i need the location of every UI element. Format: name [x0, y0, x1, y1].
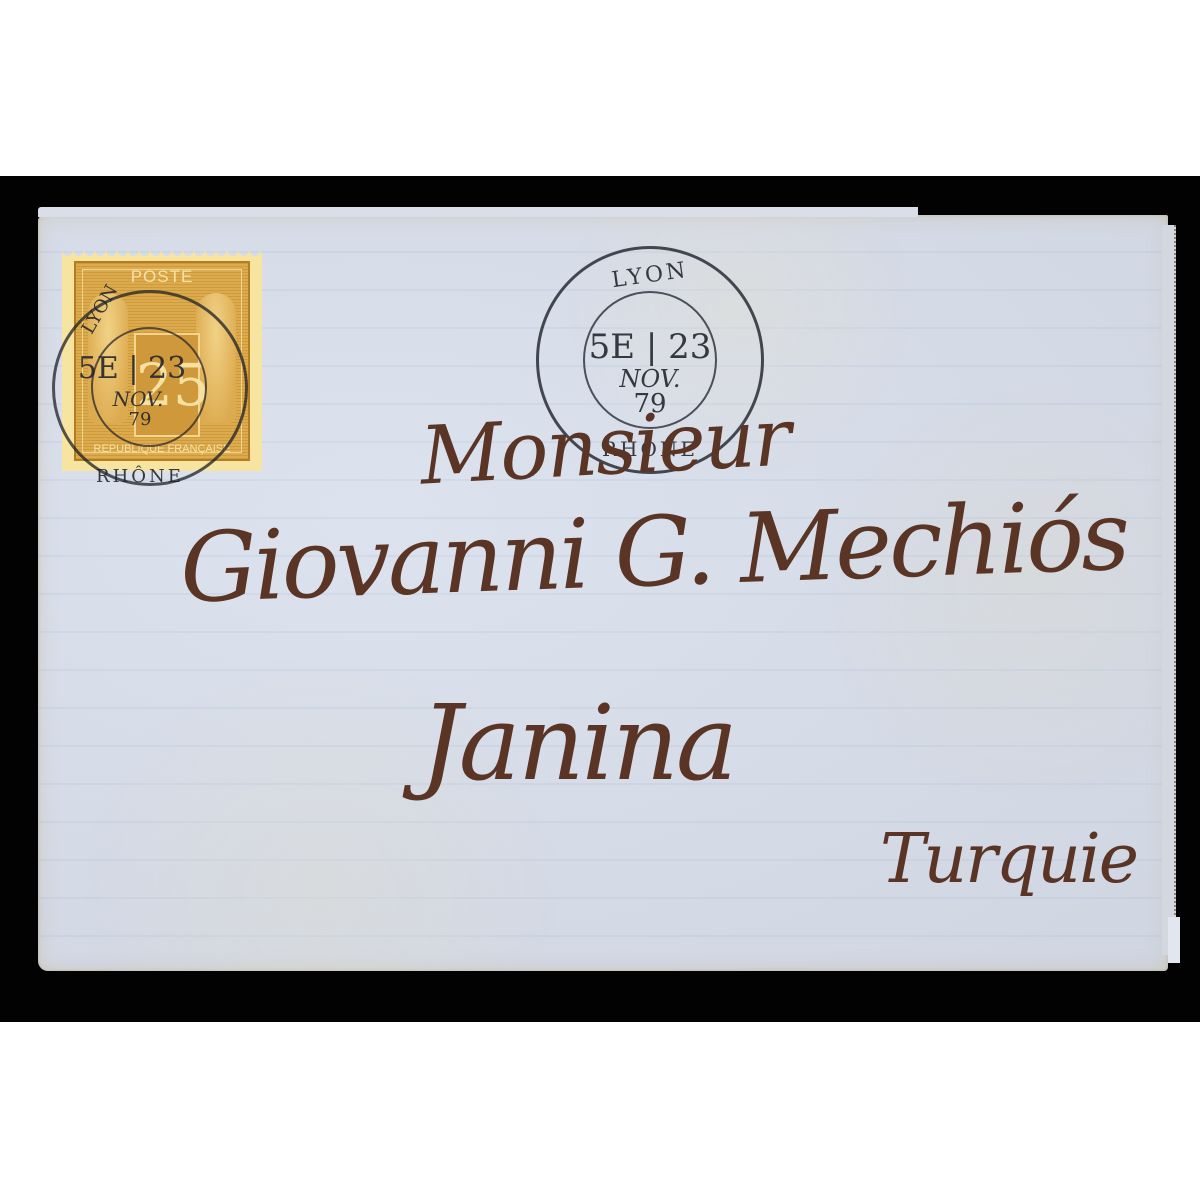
cover-corner-tab [1168, 917, 1180, 963]
cover-top-edge [38, 207, 918, 217]
postmark-year: 79 [45, 409, 235, 430]
postmark-time: 5E [589, 327, 635, 367]
postmark-day: 23 [668, 327, 711, 367]
address-salutation: Monsieur [418, 390, 792, 502]
address-country: Turquie [880, 820, 1137, 899]
postmark-month: NOV. [43, 387, 233, 411]
address-city: Janina [420, 682, 735, 804]
postmark-day: 23 [148, 351, 186, 386]
postmark-region: RHÔNE [45, 466, 235, 487]
cover-right-edge [1162, 225, 1176, 955]
postmark-time-day: 5E | 23 [37, 351, 227, 386]
postmark-time: 5E [78, 351, 119, 386]
postmark-on-stamp: LYON 5E | 23 NOV. 79 RHÔNE [52, 290, 248, 486]
postmark-time-day: 5E | 23 [539, 327, 761, 367]
